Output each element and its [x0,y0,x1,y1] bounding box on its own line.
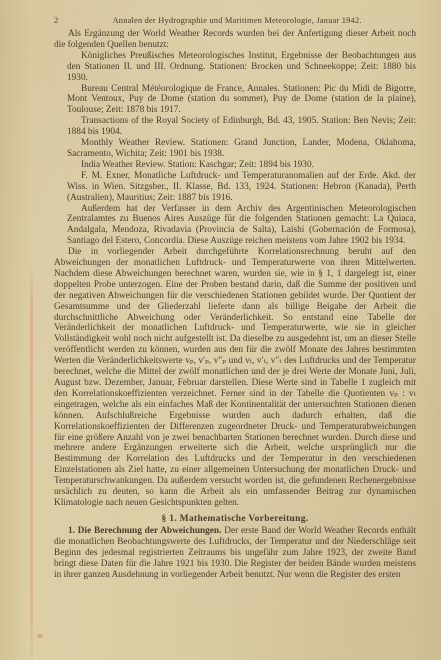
running-header: 2 Annalen der Hydrographie und Maritimen… [54,16,416,26]
intro-paragraph: Als Ergänzung der World Weather Records … [54,29,416,51]
source-entry: Bureau Central Météorologique de France,… [67,84,416,117]
scan-artifact [30,262,33,658]
section-paragraph: 1. Die Berechnung der Abweichungen. Der … [54,526,416,581]
scan-artifact [37,634,43,638]
source-list: Königliches Preußisches Meteorologisches… [54,51,416,247]
page-body: Als Ergänzung der World Weather Records … [54,29,416,581]
scanned-document-page: 2 Annalen der Hydrographie und Maritimen… [0,0,441,660]
body-paragraph: Die in vorliegender Arbeit durchgeführte… [54,247,416,509]
source-entry: India Weather Review. Station: Kaschgar;… [67,160,416,171]
archive-note: Außerdem hat der Verfasser in dem Archiv… [67,204,416,248]
section-heading: § 1. Mathematische Vorbereitung. [54,514,416,525]
source-entry: Königliches Preußisches Meteorologisches… [67,51,416,84]
paragraph-lead: 1. Die Berechnung der Abweichungen. [68,526,221,536]
running-head: Annalen der Hydrographie und Maritimen M… [58,16,416,26]
source-entry: Transactions of the Royal Society of Edi… [67,116,416,138]
source-entry: F. M. Exner, Monatliche Luftdruck- und T… [67,171,416,204]
source-entry: Monthly Weather Review. Stationen: Grand… [67,138,416,160]
